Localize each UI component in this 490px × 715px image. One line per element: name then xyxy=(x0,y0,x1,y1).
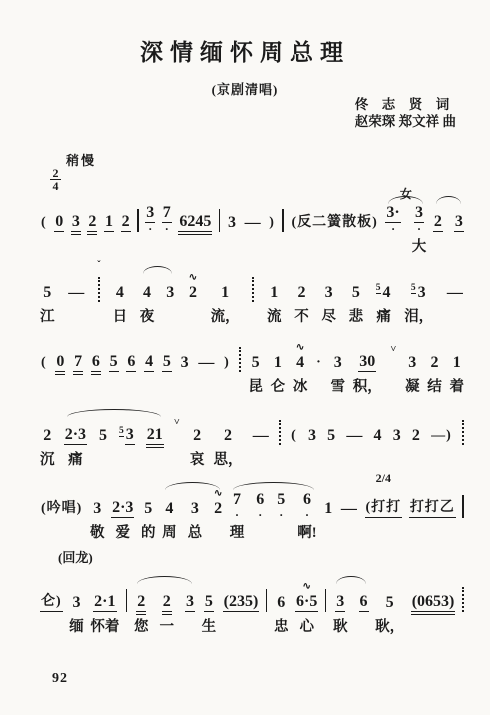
lyric: 痛 xyxy=(68,445,83,469)
note-text: ˅ xyxy=(173,418,181,428)
note-token: — xyxy=(252,415,270,469)
lyric: 爱 xyxy=(116,518,131,542)
note-token: 1着 xyxy=(449,342,464,396)
lyric: 日 xyxy=(113,302,128,326)
note-text: 3· xyxy=(385,204,400,223)
note-token: 54痛 xyxy=(376,272,392,326)
note-text: 5 xyxy=(204,593,214,612)
note-text: 4 xyxy=(373,427,383,445)
dashed-barline xyxy=(462,415,464,469)
lyric: 一 xyxy=(159,612,174,636)
score-text: ( xyxy=(40,202,48,256)
note-text: 3 xyxy=(227,214,237,232)
score-text: (反二簧散板) xyxy=(291,202,379,256)
barline-glyph xyxy=(137,209,139,232)
note-token: 5生 xyxy=(202,582,217,636)
note-text: (235) xyxy=(223,593,260,612)
note-token: 5的 xyxy=(141,488,156,542)
note-token: 6 xyxy=(91,342,101,396)
lyric: 冰 xyxy=(293,372,308,396)
lyric: 的 xyxy=(141,518,156,542)
note-token: 4日 xyxy=(113,272,128,326)
barline-glyph xyxy=(219,209,221,232)
grace-note: 5 xyxy=(376,283,381,294)
score-text: (吟唱) xyxy=(40,488,83,542)
note-text: 2 xyxy=(162,593,172,612)
note-token: 2思， xyxy=(214,415,243,469)
note-token: — xyxy=(244,202,262,256)
slur-group: 4周3总∿2 xyxy=(162,488,223,542)
above-label: 2/4 xyxy=(376,471,391,486)
note-token: 2·1怀着 xyxy=(90,582,119,636)
note-token: — xyxy=(197,342,215,396)
tremolo-icon: ∿ xyxy=(303,582,311,591)
note-token: 2 xyxy=(87,202,97,256)
note-token: 21 xyxy=(146,415,164,469)
note-token: ∿2 xyxy=(213,488,223,542)
note-text: —) xyxy=(430,427,453,445)
lyric: 着 xyxy=(449,372,464,396)
page-title: 深情缅怀周总理 xyxy=(0,0,490,67)
lyric: 耿， xyxy=(375,612,404,636)
score-text: 仑) xyxy=(40,582,63,636)
lyric: 流 xyxy=(267,302,282,326)
note-text: 7 xyxy=(162,204,172,223)
note-token: 3 xyxy=(180,342,190,396)
barline xyxy=(325,582,327,636)
note-text: 2·1 xyxy=(93,593,116,612)
note-text: 3 xyxy=(414,204,424,223)
note-text: 5 xyxy=(98,427,108,445)
barline-glyph xyxy=(462,495,464,518)
note-token: 6 xyxy=(126,342,136,396)
score-text: ( xyxy=(40,342,48,396)
note-token: ∿2 xyxy=(188,272,198,326)
note-token: 7·理 xyxy=(230,488,245,542)
note-text: (0653) xyxy=(411,593,456,612)
note-text: ) xyxy=(268,214,276,232)
note-token: 53泪， xyxy=(404,272,433,326)
notes-row: 5江—ˇ4日4夜3∿21流，1流2不3尽5悲54痛53泪，— xyxy=(40,272,464,326)
note-token: — xyxy=(345,415,363,469)
slur-group: 2·3痛55321 xyxy=(64,415,164,469)
above-label: 女 xyxy=(400,185,412,202)
barline-glyph xyxy=(462,420,464,445)
note-text: 3 xyxy=(72,594,82,612)
low-octave-dot: · xyxy=(305,513,309,518)
note-text: — xyxy=(345,427,363,445)
note-text: ( xyxy=(40,354,48,372)
dashed-barline xyxy=(279,415,281,469)
low-octave-dot: · xyxy=(148,227,152,232)
credit-lyricist: 佟 志 贤 词 xyxy=(355,96,456,113)
note-token: 0 xyxy=(54,202,64,256)
score-text: · xyxy=(315,342,323,396)
note-text: 2 xyxy=(296,284,306,302)
note-text: 5 xyxy=(326,427,336,445)
note-token: 6 xyxy=(359,582,369,636)
note-text: 6 xyxy=(91,353,101,372)
score-text: ( xyxy=(290,415,298,469)
note-token: 3耿 xyxy=(333,582,348,636)
note-token: 6245 xyxy=(178,202,212,256)
note-text: 2 xyxy=(411,427,421,445)
note-token: 2哀 xyxy=(190,415,205,469)
note-token: 2不 xyxy=(294,272,309,326)
notes-row: 仑)3缅2·1怀着2您2一35生(235)6忠∿6·5心3耿65耿，(0653) xyxy=(40,582,464,636)
slur-group: 7·理6·5·6·啊! xyxy=(230,488,317,542)
note-text: 6·5 xyxy=(295,593,318,612)
note-token: 3 xyxy=(307,415,317,469)
low-octave-dot: · xyxy=(279,513,283,518)
notes-row: (07656453—)5昆1仑∿4冰·3雪30积，˅3凝2结1着 xyxy=(40,342,464,399)
note-token: 3 xyxy=(392,415,402,469)
note-token: 4周 xyxy=(162,488,177,542)
note-token: 2 xyxy=(411,415,421,469)
note-text: 7 xyxy=(73,353,83,372)
low-octave-dot: · xyxy=(391,227,395,232)
note-text: 4 xyxy=(295,354,305,372)
note-token: 3 xyxy=(185,582,195,636)
note-text: 3 xyxy=(145,204,155,223)
lyric: 痛 xyxy=(376,302,391,326)
note-text: 1 xyxy=(452,354,462,372)
note-text: 4 xyxy=(382,284,392,302)
note-text: (反二簧散板) xyxy=(291,214,379,232)
note-token: 6·啊! xyxy=(297,488,316,542)
lyric: 哀 xyxy=(190,445,205,469)
score-text: ) xyxy=(223,342,231,396)
note-text: 3 xyxy=(333,354,343,372)
low-octave-dot: · xyxy=(417,227,421,232)
barline-glyph xyxy=(252,277,254,302)
barline xyxy=(266,582,268,636)
notes-row: (吟唱)3敬2·3爱5的4周3总∿27·理6·5·6·啊!1—(打打2/4打打乙 xyxy=(40,488,464,542)
barline-glyph xyxy=(98,277,100,302)
note-text: 2 xyxy=(188,284,198,302)
note-token: 2您 xyxy=(134,582,149,636)
lyric: 结 xyxy=(427,372,442,396)
score-line: 2沉2·3痛55321˅2哀2思，—(35—432—) xyxy=(40,415,464,472)
note-text: 5 xyxy=(385,594,395,612)
note-token: ∿4冰 xyxy=(293,342,308,396)
note-text: ) xyxy=(223,354,231,372)
score-text: —) xyxy=(430,415,453,469)
lyric: 敬 xyxy=(90,518,105,542)
barline xyxy=(462,488,464,542)
note-text: · xyxy=(315,354,323,372)
note-text: 3 xyxy=(324,284,334,302)
lyric: 沉 xyxy=(40,445,55,469)
note-text: 3 xyxy=(185,593,195,612)
notes-row: (032123·7·62453—)(反二簧散板)女3··3·大23 xyxy=(40,202,464,256)
note-text: 3 xyxy=(180,354,190,372)
sheet-music-page: 深情缅怀周总理 (京剧清唱) 佟 志 贤 词 赵荣琛 郑文祥 曲 稍慢 2 4 … xyxy=(0,0,490,715)
note-text: 7 xyxy=(232,491,242,509)
slur-group: 2您2一3 xyxy=(134,582,195,636)
note-token: 2·3痛 xyxy=(64,415,87,469)
note-text: 3 xyxy=(392,427,402,445)
breath-mark-icon: ˅ xyxy=(390,342,398,399)
note-text: 3 xyxy=(454,213,464,232)
note-text: — xyxy=(340,500,358,518)
note-token: 3 xyxy=(71,202,81,256)
lyric: 夜 xyxy=(140,302,155,326)
score-line: 5江—ˇ4日4夜3∿21流，1流2不3尽5悲54痛53泪，— xyxy=(40,272,464,326)
note-token: 3· xyxy=(145,202,155,256)
lyric: 泪， xyxy=(404,302,433,326)
lyric: 江 xyxy=(40,302,55,326)
lyric: 雪 xyxy=(331,372,346,396)
note-text: 1 xyxy=(220,284,230,302)
note-text: 5 xyxy=(109,353,119,372)
low-octave-dot: · xyxy=(235,513,239,518)
dashed-barline: ˇ xyxy=(98,272,100,326)
lyric: 流， xyxy=(211,302,240,326)
note-text: 3 xyxy=(92,500,102,518)
note-text: 1 xyxy=(273,354,283,372)
score-text: ) xyxy=(268,202,276,256)
note-text: 打打乙 xyxy=(409,499,456,518)
note-text: 6 xyxy=(276,594,286,612)
note-token: 5悲 xyxy=(349,272,364,326)
page-number: 92 xyxy=(52,671,68,687)
note-text: ( xyxy=(40,214,48,232)
note-text: — xyxy=(197,354,215,372)
note-token: 3 xyxy=(165,272,175,326)
note-text: 3 xyxy=(307,427,317,445)
barline-glyph xyxy=(239,347,241,372)
note-text: 5 xyxy=(162,353,172,372)
note-text: 2 xyxy=(429,354,439,372)
barline-glyph xyxy=(266,589,268,612)
note-token: 4 xyxy=(373,415,383,469)
barline-glyph xyxy=(279,420,281,445)
note-token: — xyxy=(446,272,464,326)
time-signature-top: 2 xyxy=(53,168,59,178)
lyric: 忠 xyxy=(274,612,289,636)
note-token: 5江 xyxy=(40,272,55,326)
lyric: 昆 xyxy=(248,372,263,396)
note-text: — xyxy=(446,284,464,302)
note-text: 6 xyxy=(359,593,369,612)
score-text: 打打乙 xyxy=(409,488,456,542)
note-token: 1流 xyxy=(267,272,282,326)
note-token: 2一 xyxy=(159,582,174,636)
note-text: 4 xyxy=(144,353,154,372)
lyric: 悲 xyxy=(349,302,364,326)
note-token: 4夜 xyxy=(140,272,155,326)
note-token: 1 xyxy=(104,202,114,256)
lyric: 不 xyxy=(294,302,309,326)
tremolo-icon: ∿ xyxy=(214,489,222,498)
barline-glyph xyxy=(325,589,327,612)
line-label: (回龙) xyxy=(58,547,464,566)
note-text: 2·3 xyxy=(64,426,87,445)
note-text: 5 xyxy=(143,500,153,518)
lyric: 怀着 xyxy=(90,612,119,636)
tempo-marking: 稍慢 xyxy=(66,150,96,169)
tremolo-icon: ∿ xyxy=(189,273,197,282)
note-text: 4 xyxy=(164,500,174,518)
note-token: 5耿， xyxy=(375,582,404,636)
slur-group: 4夜3 xyxy=(140,272,176,326)
grace-note: 5 xyxy=(119,426,124,437)
lyric: 周 xyxy=(162,518,177,542)
note-token: 1 xyxy=(323,488,333,542)
note-text: 2 xyxy=(192,427,202,445)
note-token: 1仑 xyxy=(271,342,286,396)
barline xyxy=(219,202,221,256)
note-token: 6忠 xyxy=(274,582,289,636)
dashed-barline xyxy=(239,342,241,396)
note-text: (打打 xyxy=(365,499,403,518)
note-token: 3·大 xyxy=(412,202,427,256)
note-text: 5 xyxy=(251,354,261,372)
note-text: 2 xyxy=(213,500,223,518)
note-text: 6 xyxy=(255,491,265,509)
note-token: 2 xyxy=(433,202,443,256)
low-octave-dot: · xyxy=(258,513,262,518)
notes-row: 2沉2·3痛55321˅2哀2思，—(35—432—) xyxy=(40,415,464,472)
note-token: 3·· xyxy=(385,202,400,256)
score-line: (吟唱)3敬2·3爱5的4周3总∿27·理6·5·6·啊!1—(打打2/4打打乙 xyxy=(40,488,464,542)
note-token: 7 xyxy=(73,342,83,396)
lyric: 仑 xyxy=(271,372,286,396)
note-token: 53 xyxy=(119,415,135,469)
lyric: 尽 xyxy=(321,302,336,326)
note-text: 6245 xyxy=(178,213,212,232)
dashed-barline xyxy=(462,582,464,636)
breath-mark-icon: ˇ xyxy=(97,261,100,270)
lyric: 思， xyxy=(214,445,243,469)
lyric: 缅 xyxy=(69,612,84,636)
lyric: 生 xyxy=(202,612,217,636)
note-token: — xyxy=(67,272,85,326)
note-text: 1 xyxy=(269,284,279,302)
note-token: 3敬 xyxy=(90,488,105,542)
note-token: 2结 xyxy=(427,342,442,396)
note-token: 3尽 xyxy=(321,272,336,326)
note-token: 5 xyxy=(109,342,119,396)
note-text: (吟唱) xyxy=(40,500,83,518)
note-token: 5昆 xyxy=(248,342,263,396)
note-text: 5 xyxy=(351,284,361,302)
tremolo-icon: ∿ xyxy=(296,343,304,352)
note-text: 6 xyxy=(302,491,312,509)
note-text: 仑) xyxy=(40,593,63,612)
note-token: 2·3爱 xyxy=(111,488,134,542)
note-text: — xyxy=(67,284,85,302)
note-text: — xyxy=(252,427,270,445)
lyric: 您 xyxy=(134,612,149,636)
breath-mark-icon: ˅ xyxy=(173,415,181,472)
barline xyxy=(137,202,139,256)
note-text: 3 xyxy=(335,593,345,612)
score: (032123·7·62453—)(反二簧散板)女3··3·大235江—ˇ4日4… xyxy=(40,186,464,641)
note-text: 4 xyxy=(142,284,152,302)
note-text: 2 xyxy=(433,213,443,232)
note-text: 3 xyxy=(125,426,135,445)
credit-composer: 赵荣琛 郑文祥 曲 xyxy=(355,113,456,130)
note-token: (235) xyxy=(223,582,260,636)
note-token: 30积， xyxy=(353,342,382,396)
note-text: 2 xyxy=(121,213,131,232)
note-token: 3缅 xyxy=(69,582,84,636)
note-token: 5· xyxy=(276,488,286,542)
note-text: 21 xyxy=(146,426,164,445)
note-token: 3凝 xyxy=(405,342,420,396)
slur-group: 女3··3·大 xyxy=(385,202,426,256)
slur-group: 23 xyxy=(433,202,464,256)
note-text: 4 xyxy=(115,284,125,302)
note-token: 0 xyxy=(55,342,65,396)
note-text: ˅ xyxy=(390,345,398,355)
note-text: 30 xyxy=(358,353,376,372)
note-text: 2·3 xyxy=(111,499,134,518)
note-text: 5 xyxy=(276,491,286,509)
note-token: — xyxy=(340,488,358,542)
score-line: (07656453—)5昆1仑∿4冰·3雪30积，˅3凝2结1着 xyxy=(40,342,464,399)
note-text: 3 xyxy=(165,284,175,302)
credits: 佟 志 贤 词 赵荣琛 郑文祥 曲 xyxy=(355,96,456,130)
note-token: 4 xyxy=(144,342,154,396)
lyric: 心 xyxy=(299,612,314,636)
note-token: 5 xyxy=(162,342,172,396)
note-text: 3 xyxy=(407,354,417,372)
note-token: 3雪 xyxy=(331,342,346,396)
note-token: ∿6·5心 xyxy=(295,582,318,636)
grace-note: 5 xyxy=(411,283,416,294)
note-text: 1 xyxy=(104,213,114,232)
note-text: 1 xyxy=(323,500,333,518)
dashed-barline xyxy=(252,272,254,326)
note-text: 0 xyxy=(55,353,65,372)
note-text: 5 xyxy=(42,284,52,302)
score-line: (回龙)仑)3缅2·1怀着2您2一35生(235)6忠∿6·5心3耿65耿，(0… xyxy=(40,547,464,636)
lyric: 凝 xyxy=(405,372,420,396)
note-text: 2 xyxy=(42,427,52,445)
note-text: 0 xyxy=(54,213,64,232)
note-text: — xyxy=(244,214,262,232)
note-token: 2 xyxy=(121,202,131,256)
score-line: (032123·7·62453—)(反二簧散板)女3··3·大23 xyxy=(40,202,464,256)
note-text: 6 xyxy=(126,353,136,372)
note-token: 5 xyxy=(98,415,108,469)
barline xyxy=(126,582,128,636)
note-token: 3 xyxy=(227,202,237,256)
note-text: 3 xyxy=(417,284,427,302)
barline-glyph xyxy=(282,209,284,232)
note-token: 3 xyxy=(454,202,464,256)
score-text: (打打2/4 xyxy=(365,488,403,542)
lyric: 总 xyxy=(188,518,203,542)
note-token: 1流， xyxy=(211,272,240,326)
lyric: 耿 xyxy=(333,612,348,636)
barline xyxy=(282,202,284,256)
note-token: 6· xyxy=(255,488,265,542)
note-text: 3 xyxy=(71,213,81,232)
note-token: (0653) xyxy=(411,582,456,636)
barline-glyph xyxy=(126,589,128,612)
note-text: 2 xyxy=(223,427,233,445)
lyric: 积， xyxy=(353,372,382,396)
note-text: 3 xyxy=(190,500,200,518)
note-text: ( xyxy=(290,427,298,445)
barline-glyph xyxy=(462,587,464,612)
note-token: 5 xyxy=(326,415,336,469)
note-token: 7· xyxy=(162,202,172,256)
